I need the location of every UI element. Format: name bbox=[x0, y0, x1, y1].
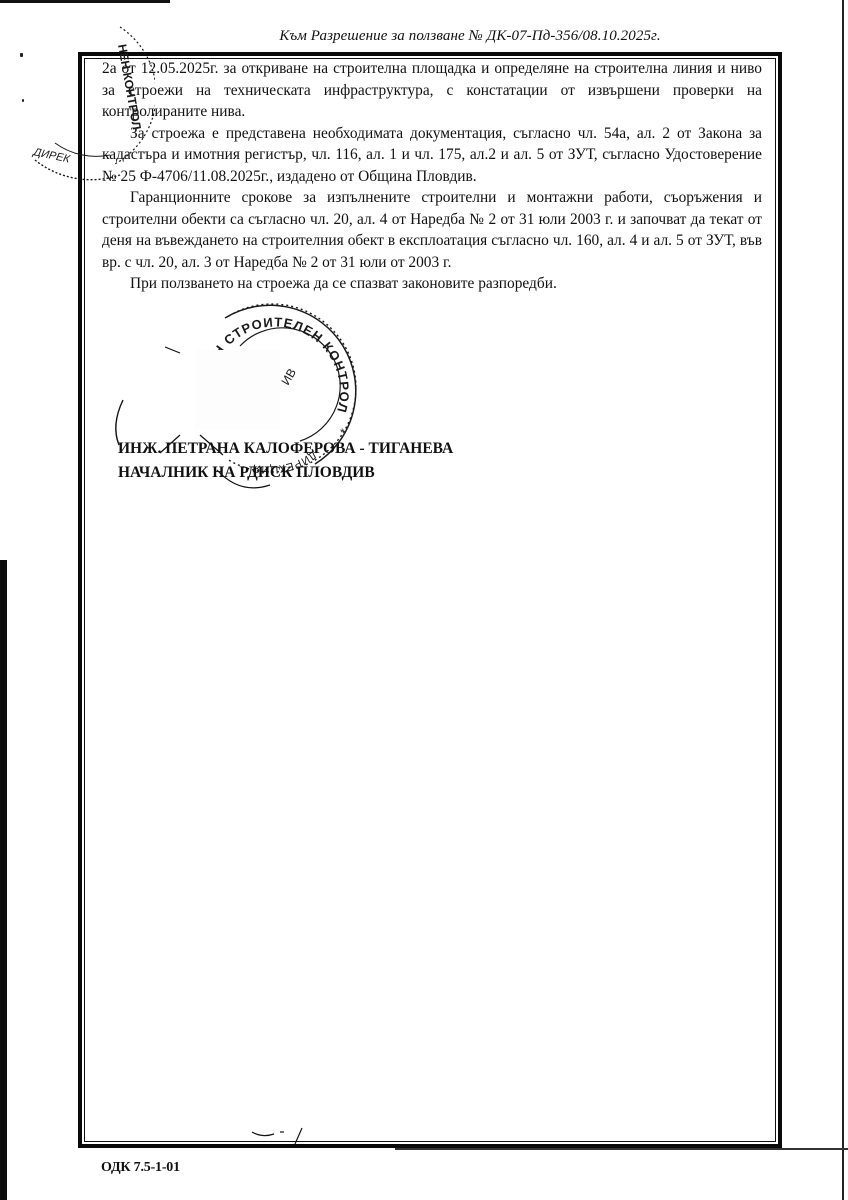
running-head: Към Разрешение за ползване № ДК-07-Пд-35… bbox=[240, 28, 700, 45]
document-body: 2а от 12.05.2025г. за откриване на строи… bbox=[102, 58, 762, 295]
scan-speck bbox=[22, 99, 24, 102]
signatory-title: НАЧАЛНИК НА РДНСК ПЛОВДИВ bbox=[118, 461, 453, 485]
stamp-fragment-outer-text: ДИРЕК bbox=[30, 146, 71, 166]
scan-edge-left bbox=[0, 560, 7, 1200]
scan-edge-top bbox=[0, 0, 170, 3]
paragraph-site-opening: 2а от 12.05.2025г. за откриване на строи… bbox=[102, 58, 762, 123]
paragraph-documentation: За строежа е представена необходимата до… bbox=[102, 123, 762, 188]
signatory-name: ИНЖ. ПЕТРАНА КАЛОФЕРОВА - ТИГАНЕВА bbox=[118, 437, 453, 461]
paragraph-warranty: Гаранционните срокове за изпълнените стр… bbox=[102, 187, 762, 273]
scan-edge-right bbox=[842, 0, 844, 1200]
scan-edge-bottom bbox=[395, 1148, 848, 1150]
paragraph-usage: При ползването на строежа да се спазват … bbox=[102, 273, 762, 295]
signature-block: ИНЖ. ПЕТРАНА КАЛОФЕРОВА - ТИГАНЕВА НАЧАЛ… bbox=[118, 437, 453, 485]
scan-speck bbox=[20, 53, 23, 57]
form-code: ОДК 7.5-1-01 bbox=[101, 1160, 180, 1176]
